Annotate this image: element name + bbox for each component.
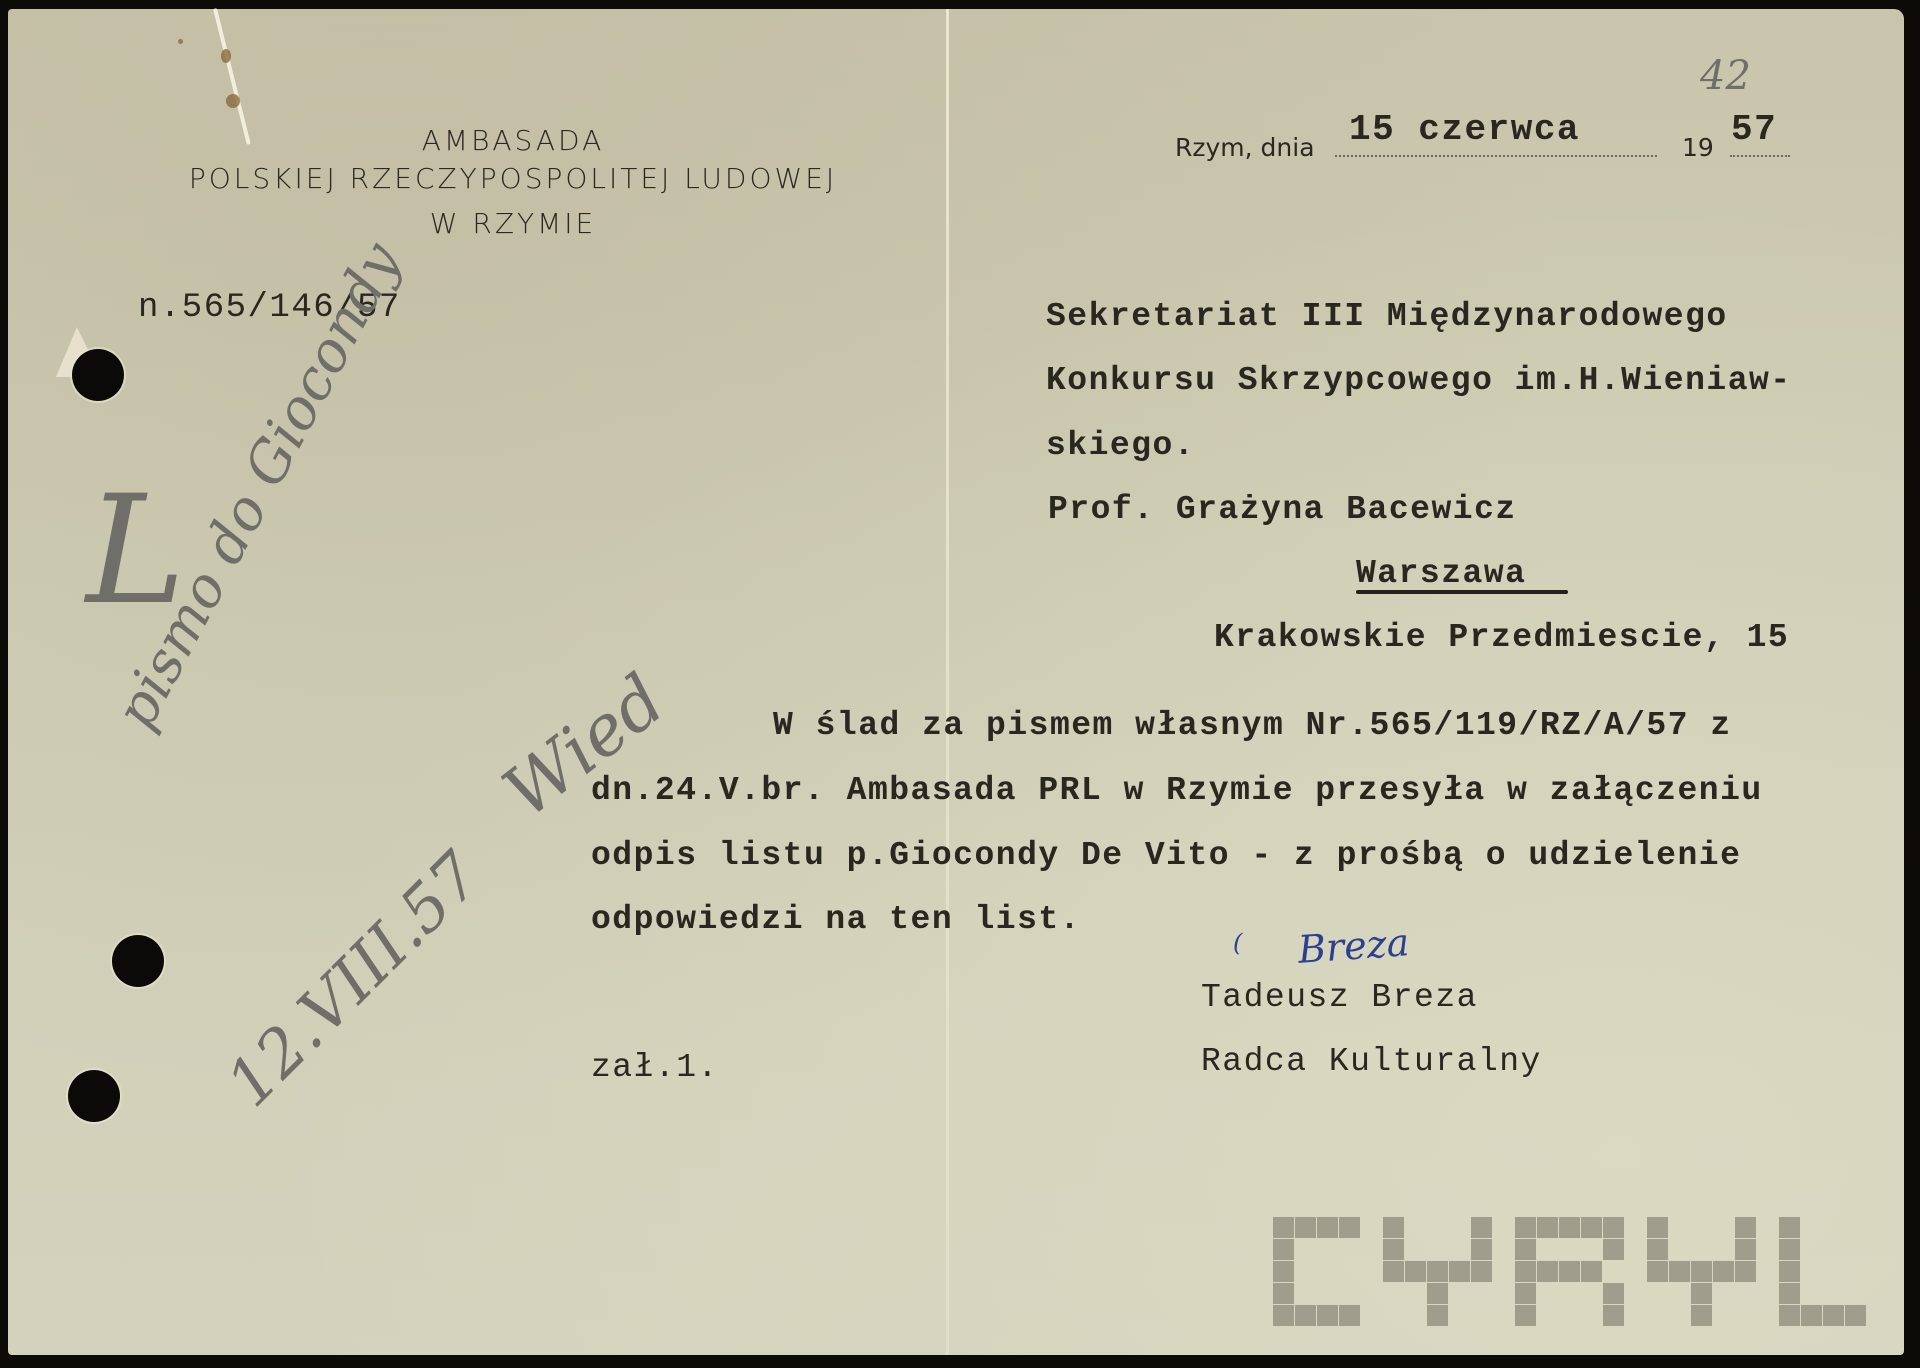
recipient-city: Warszawa (1356, 557, 1526, 590)
signatory-title: Radca Kulturalny (1201, 1045, 1542, 1078)
paper-crease (213, 8, 251, 145)
body-line-1: W ślad za pismem własnym Nr.565/119/RZ/A… (773, 709, 1732, 742)
recipient-line-4: Prof. Grażyna Bacewicz (1048, 493, 1517, 526)
recipient-street: Krakowskie Przedmiescie, 15 (1214, 621, 1789, 654)
paper-fold (946, 9, 949, 1355)
recipient-line-2: Konkursu Skrzypcowego im.H.Wieniaw- (1046, 364, 1792, 397)
letterhead-line-3: W RZYMIE (313, 210, 713, 238)
handwritten-signature: Breza (1297, 920, 1411, 972)
date-century: 19 (1682, 133, 1714, 162)
date-dotted-line (1335, 155, 1657, 157)
recipient-line-3: skiego. (1046, 429, 1195, 462)
rust-stain (226, 94, 240, 108)
document-page: AMBASADA POLSKIEJ RZECZYPOSPOLITEJ LUDOW… (8, 9, 1904, 1355)
attachment-note: zał.1. (591, 1051, 719, 1084)
letterhead-line-2: POLSKIEJ RZECZYPOSPOLITEJ LUDOWEJ (108, 165, 918, 193)
body-line-3: odpis listu p.Giocondy De Vito - z prośb… (591, 839, 1741, 872)
punch-hole (112, 935, 164, 987)
date-place-label: Rzym, dnia (1175, 133, 1315, 162)
date-year-suffix: 57 (1731, 112, 1777, 148)
body-line-2: dn.24.V.br. Ambasada PRL w Rzymie przesy… (591, 774, 1763, 807)
year-dotted-line (1730, 155, 1790, 157)
handwritten-date: 12.VIII.57 (213, 839, 496, 1122)
punch-hole (72, 349, 124, 401)
date-day-month: 15 czerwca (1349, 112, 1580, 148)
body-line-4: odpowiedzi na ten list. (591, 903, 1081, 936)
rust-stain (221, 49, 231, 63)
rust-stain (178, 39, 183, 44)
signatory-name: Tadeusz Breza (1201, 981, 1478, 1014)
handwritten-page-number: 42 (1700, 53, 1751, 99)
letterhead-line-1: AMBASADA (313, 127, 713, 155)
recipient-line-1: Sekretariat III Międzynarodowego (1046, 300, 1728, 333)
city-underline (1356, 590, 1568, 594)
punch-hole (68, 1070, 120, 1122)
signature-bracket: ( (1233, 929, 1242, 957)
